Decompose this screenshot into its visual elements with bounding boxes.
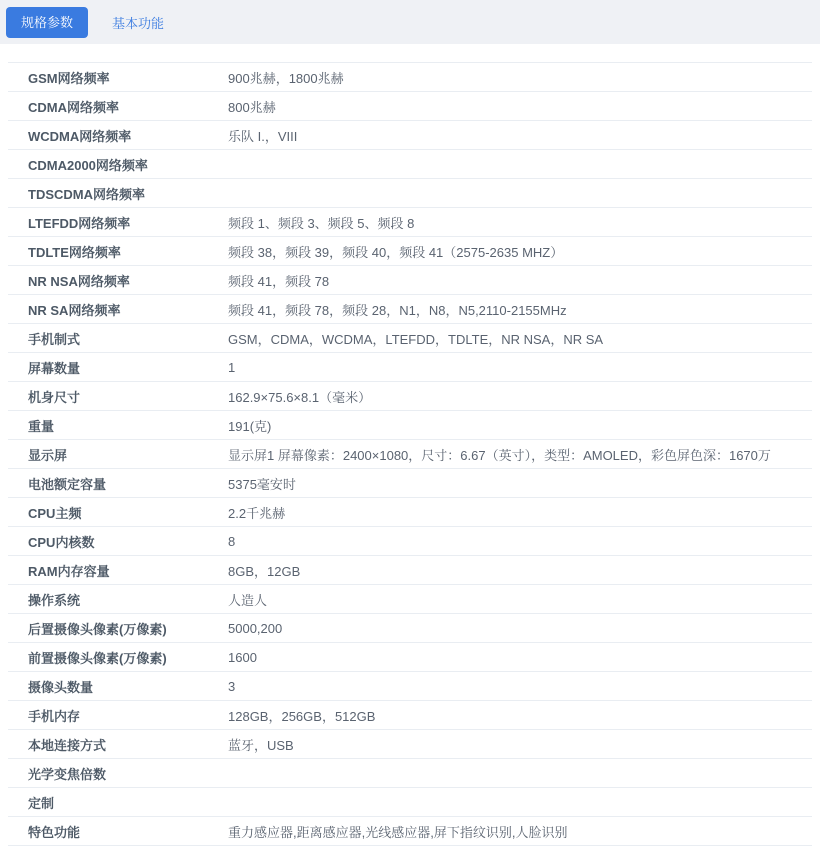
spec-table: GSM网络频率 900兆赫，1800兆赫 CDMA网络频率 800兆赫 WCDM…	[8, 62, 812, 846]
spec-value: 3	[228, 679, 235, 694]
spec-row: WCDMA网络频率 乐队 I.，VIII	[8, 121, 812, 150]
tab-spec-params[interactable]: 规格参数	[6, 7, 88, 38]
spec-value: 1	[228, 360, 235, 375]
spec-page: 规格参数 基本功能 GSM网络频率 900兆赫，1800兆赫 CDMA网络频率 …	[0, 0, 820, 866]
spec-value: 频段 1、频段 3、频段 5、频段 8	[228, 213, 414, 232]
spec-label: LTEFDD网络频率	[8, 213, 228, 232]
tab-basic-functions[interactable]: 基本功能	[112, 13, 164, 32]
spec-row: TDSCDMA网络频率	[8, 179, 812, 208]
spec-label: 摄像头数量	[8, 677, 228, 696]
spec-row: 显示屏 显示屏1 屏幕像素：2400×1080，尺寸：6.67（英寸），类型：A…	[8, 440, 812, 469]
spec-label: CDMA网络频率	[8, 97, 228, 116]
spec-value: 重力感应器,距离感应器,光线感应器,屏下指纹识别,人脸识别	[228, 822, 567, 841]
spec-label: 后置摄像头像素(万像素)	[8, 619, 228, 638]
spec-label: NR NSA网络频率	[8, 271, 228, 290]
spec-row: 光学变焦倍数	[8, 759, 812, 788]
spec-row: 摄像头数量 3	[8, 672, 812, 701]
spec-value: 1600	[228, 650, 257, 665]
spec-value: 191(克)	[228, 416, 271, 435]
spec-row: 机身尺寸 162.9×75.6×8.1（毫米）	[8, 382, 812, 411]
spec-value: 128GB，256GB，512GB	[228, 706, 375, 725]
spec-value: 频段 41，频段 78	[228, 271, 329, 290]
spec-row: TDLTE网络频率 频段 38，频段 39，频段 40，频段 41（2575-2…	[8, 237, 812, 266]
spec-label: TDLTE网络频率	[8, 242, 228, 261]
spec-value: 800兆赫	[228, 97, 276, 116]
spec-value: 5375毫安时	[228, 474, 296, 493]
spec-row: 本地连接方式 蓝牙，USB	[8, 730, 812, 759]
spec-row: NR NSA网络频率 频段 41，频段 78	[8, 266, 812, 295]
spec-label: 特色功能	[8, 822, 228, 841]
spec-label: CPU主频	[8, 503, 228, 522]
spec-label: CDMA2000网络频率	[8, 155, 228, 174]
spec-row: 手机制式 GSM，CDMA，WCDMA，LTEFDD，TDLTE，NR NSA，…	[8, 324, 812, 353]
spec-row: 后置摄像头像素(万像素) 5000,200	[8, 614, 812, 643]
spec-row: 电池额定容量 5375毫安时	[8, 469, 812, 498]
spec-row: 特色功能 重力感应器,距离感应器,光线感应器,屏下指纹识别,人脸识别	[8, 817, 812, 846]
spec-row: 手机内存 128GB，256GB，512GB	[8, 701, 812, 730]
spec-label: 定制	[8, 793, 228, 812]
spec-value: 8GB，12GB	[228, 561, 300, 580]
spec-value: 2.2千兆赫	[228, 503, 285, 522]
tab-bar: 规格参数 基本功能	[0, 0, 820, 44]
spec-label: 屏幕数量	[8, 358, 228, 377]
spec-label: 本地连接方式	[8, 735, 228, 754]
spec-label: 电池额定容量	[8, 474, 228, 493]
spec-label: 重量	[8, 416, 228, 435]
spec-value: 162.9×75.6×8.1（毫米）	[228, 387, 371, 406]
spec-value: 频段 41，频段 78，频段 28，N1，N8，N5,2110-2155MHz	[228, 300, 567, 319]
spec-label: 前置摄像头像素(万像素)	[8, 648, 228, 667]
spec-value: 8	[228, 534, 235, 549]
spec-value: GSM，CDMA，WCDMA，LTEFDD，TDLTE，NR NSA，NR SA	[228, 329, 603, 348]
spec-label: RAM内存容量	[8, 561, 228, 580]
spec-value: 人造人	[228, 590, 267, 609]
spec-value: 900兆赫，1800兆赫	[228, 68, 344, 87]
spec-label: 光学变焦倍数	[8, 764, 228, 783]
spec-label: CPU内核数	[8, 532, 228, 551]
spec-label: GSM网络频率	[8, 68, 228, 87]
spec-label: 手机制式	[8, 329, 228, 348]
spec-label: TDSCDMA网络频率	[8, 184, 228, 203]
spec-row: CDMA2000网络频率	[8, 150, 812, 179]
spec-row: CPU主频 2.2千兆赫	[8, 498, 812, 527]
spec-label: WCDMA网络频率	[8, 126, 228, 145]
spec-value: 蓝牙，USB	[228, 735, 294, 754]
spec-row: CDMA网络频率 800兆赫	[8, 92, 812, 121]
spec-row: 前置摄像头像素(万像素) 1600	[8, 643, 812, 672]
spec-value: 5000,200	[228, 621, 282, 636]
spec-row: 屏幕数量 1	[8, 353, 812, 382]
spec-row: 操作系统 人造人	[8, 585, 812, 614]
spec-label: NR SA网络频率	[8, 300, 228, 319]
spec-row: CPU内核数 8	[8, 527, 812, 556]
spec-value: 显示屏1 屏幕像素：2400×1080，尺寸：6.67（英寸），类型：AMOLE…	[228, 445, 771, 464]
spec-row: 定制	[8, 788, 812, 817]
spec-label: 操作系统	[8, 590, 228, 609]
spec-row: LTEFDD网络频率 频段 1、频段 3、频段 5、频段 8	[8, 208, 812, 237]
spec-label: 机身尺寸	[8, 387, 228, 406]
spec-row: 重量 191(克)	[8, 411, 812, 440]
spec-label: 手机内存	[8, 706, 228, 725]
spec-label: 显示屏	[8, 445, 228, 464]
spec-value: 乐队 I.，VIII	[228, 126, 297, 145]
spec-row: NR SA网络频率 频段 41，频段 78，频段 28，N1，N8，N5,211…	[8, 295, 812, 324]
spec-row: RAM内存容量 8GB，12GB	[8, 556, 812, 585]
spec-value: 频段 38，频段 39，频段 40，频段 41（2575-2635 MHZ）	[228, 242, 563, 261]
spec-row: GSM网络频率 900兆赫，1800兆赫	[8, 63, 812, 92]
